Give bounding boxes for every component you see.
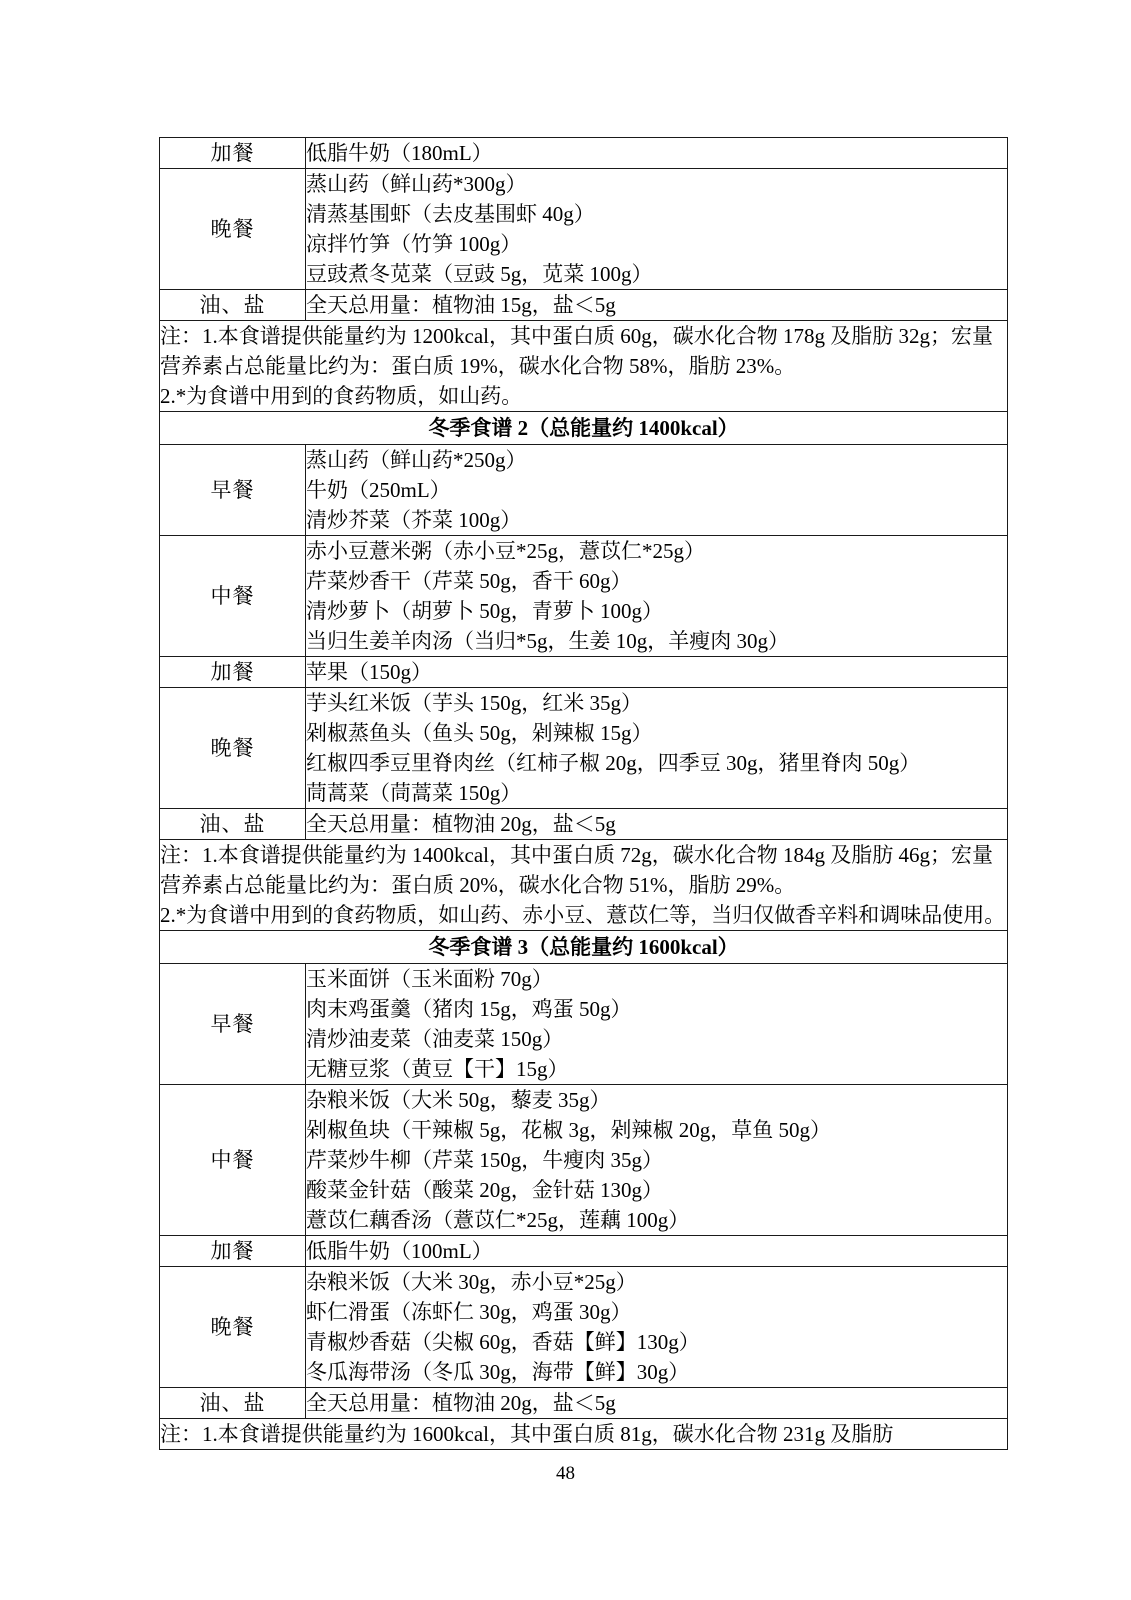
notes-row: 注：1.本食谱提供能量约为 1600kcal，其中蛋白质 81g，碳水化合物 2… [160,1419,1008,1450]
notes-row: 注：1.本食谱提供能量约为 1200kcal，其中蛋白质 60g，碳水化合物 1… [160,321,1008,412]
section-notes: 注：1.本食谱提供能量约为 1600kcal，其中蛋白质 81g，碳水化合物 2… [160,1419,1008,1450]
dish-item: 茼蒿菜（茼蒿菜 150g） [306,778,1007,808]
section-header: 冬季食谱 3（总能量约 1600kcal） [160,931,1008,964]
meal-items: 蒸山药（鲜山药*300g）清蒸基围虾（去皮基围虾 40g）凉拌竹笋（竹笋 100… [306,169,1008,290]
meal-label: 中餐 [160,536,306,657]
meal-items: 杂粮米饭（大米 30g，赤小豆*25g）虾仁滑蛋（冻虾仁 30g，鸡蛋 30g）… [306,1267,1008,1388]
meal-items: 全天总用量：植物油 20g，盐＜5g [306,1388,1008,1419]
section-header: 冬季食谱 2（总能量约 1400kcal） [160,412,1008,445]
section-notes: 注：1.本食谱提供能量约为 1200kcal，其中蛋白质 60g，碳水化合物 1… [160,321,1008,412]
section-notes: 注：1.本食谱提供能量约为 1400kcal，其中蛋白质 72g，碳水化合物 1… [160,840,1008,931]
dish-item: 凉拌竹笋（竹笋 100g） [306,229,1007,259]
meal-row: 加餐低脂牛奶（100mL） [160,1236,1008,1267]
dish-item: 豆豉煮冬苋菜（豆豉 5g，苋菜 100g） [306,259,1007,289]
document-page: 加餐低脂牛奶（180mL）晚餐蒸山药（鲜山药*300g）清蒸基围虾（去皮基围虾 … [0,0,1131,1600]
meal-row: 中餐赤小豆薏米粥（赤小豆*25g，薏苡仁*25g）芹菜炒香干（芹菜 50g，香干… [160,536,1008,657]
meal-items: 低脂牛奶（100mL） [306,1236,1008,1267]
dish-item: 清炒萝卜（胡萝卜 50g，青萝卜 100g） [306,596,1007,626]
dish-item: 当归生姜羊肉汤（当归*5g，生姜 10g，羊瘦肉 30g） [306,626,1007,656]
dish-item: 剁椒鱼块（干辣椒 5g，花椒 3g，剁辣椒 20g，草鱼 50g） [306,1115,1007,1145]
meal-label: 晚餐 [160,1267,306,1388]
meal-row: 油、盐全天总用量：植物油 20g，盐＜5g [160,1388,1008,1419]
meal-label: 早餐 [160,445,306,536]
meal-items: 全天总用量：植物油 15g，盐＜5g [306,290,1008,321]
meal-label: 油、盐 [160,809,306,840]
meal-row: 晚餐蒸山药（鲜山药*300g）清蒸基围虾（去皮基围虾 40g）凉拌竹笋（竹笋 1… [160,169,1008,290]
dish-item: 薏苡仁藕香汤（薏苡仁*25g，莲藕 100g） [306,1205,1007,1235]
dish-item: 红椒四季豆里脊肉丝（红柿子椒 20g，四季豆 30g，猪里脊肉 50g） [306,748,1007,778]
dish-item: 杂粮米饭（大米 30g，赤小豆*25g） [306,1267,1007,1297]
dish-item: 全天总用量：植物油 15g，盐＜5g [306,290,1007,320]
note-line: 注：1.本食谱提供能量约为 1200kcal，其中蛋白质 60g，碳水化合物 1… [160,321,1007,381]
dish-item: 清炒芥菜（芥菜 100g） [306,505,1007,535]
meal-items: 赤小豆薏米粥（赤小豆*25g，薏苡仁*25g）芹菜炒香干（芹菜 50g，香干 6… [306,536,1008,657]
dish-item: 牛奶（250mL） [306,475,1007,505]
meal-items: 全天总用量：植物油 20g，盐＜5g [306,809,1008,840]
dish-item: 玉米面饼（玉米面粉 70g） [306,964,1007,994]
meal-items: 苹果（150g） [306,657,1008,688]
dish-item: 无糖豆浆（黄豆【干】15g） [306,1054,1007,1084]
dish-item: 低脂牛奶（180mL） [306,138,1007,168]
meal-row: 晚餐杂粮米饭（大米 30g，赤小豆*25g）虾仁滑蛋（冻虾仁 30g，鸡蛋 30… [160,1267,1008,1388]
meal-items: 低脂牛奶（180mL） [306,138,1008,169]
recipe-table: 加餐低脂牛奶（180mL）晚餐蒸山药（鲜山药*300g）清蒸基围虾（去皮基围虾 … [159,137,1008,1450]
dish-item: 剁椒蒸鱼头（鱼头 50g，剁辣椒 15g） [306,718,1007,748]
dish-item: 芹菜炒香干（芹菜 50g，香干 60g） [306,566,1007,596]
dish-item: 肉末鸡蛋羹（猪肉 15g，鸡蛋 50g） [306,994,1007,1024]
meal-label: 加餐 [160,657,306,688]
dish-item: 清蒸基围虾（去皮基围虾 40g） [306,199,1007,229]
meal-row: 加餐苹果（150g） [160,657,1008,688]
dish-item: 芋头红米饭（芋头 150g，红米 35g） [306,688,1007,718]
dish-item: 苹果（150g） [306,657,1007,687]
dish-item: 蒸山药（鲜山药*250g） [306,445,1007,475]
meal-label: 早餐 [160,964,306,1085]
meal-label: 加餐 [160,1236,306,1267]
meal-label: 中餐 [160,1085,306,1236]
meal-items: 芋头红米饭（芋头 150g，红米 35g）剁椒蒸鱼头（鱼头 50g，剁辣椒 15… [306,688,1008,809]
dish-item: 芹菜炒牛柳（芹菜 150g，牛瘦肉 35g） [306,1145,1007,1175]
note-line: 注：1.本食谱提供能量约为 1600kcal，其中蛋白质 81g，碳水化合物 2… [160,1419,1007,1449]
notes-row: 注：1.本食谱提供能量约为 1400kcal，其中蛋白质 72g，碳水化合物 1… [160,840,1008,931]
note-line: 2.*为食谱中用到的食药物质，如山药、赤小豆、薏苡仁等，当归仅做香辛料和调味品使… [160,900,1007,930]
page-number: 48 [0,1462,1131,1486]
meal-row: 晚餐芋头红米饭（芋头 150g，红米 35g）剁椒蒸鱼头（鱼头 50g，剁辣椒 … [160,688,1008,809]
meal-row: 加餐低脂牛奶（180mL） [160,138,1008,169]
meal-row: 油、盐全天总用量：植物油 20g，盐＜5g [160,809,1008,840]
section-header-row: 冬季食谱 3（总能量约 1600kcal） [160,931,1008,964]
note-line: 2.*为食谱中用到的食药物质，如山药。 [160,381,1007,411]
meal-items: 蒸山药（鲜山药*250g）牛奶（250mL）清炒芥菜（芥菜 100g） [306,445,1008,536]
dish-item: 全天总用量：植物油 20g，盐＜5g [306,1388,1007,1418]
dish-item: 低脂牛奶（100mL） [306,1236,1007,1266]
meal-row: 中餐杂粮米饭（大米 50g，藜麦 35g）剁椒鱼块（干辣椒 5g，花椒 3g，剁… [160,1085,1008,1236]
dish-item: 蒸山药（鲜山药*300g） [306,169,1007,199]
dish-item: 赤小豆薏米粥（赤小豆*25g，薏苡仁*25g） [306,536,1007,566]
dish-item: 全天总用量：植物油 20g，盐＜5g [306,809,1007,839]
dish-item: 清炒油麦菜（油麦菜 150g） [306,1024,1007,1054]
section-header-row: 冬季食谱 2（总能量约 1400kcal） [160,412,1008,445]
meal-label: 油、盐 [160,1388,306,1419]
dish-item: 虾仁滑蛋（冻虾仁 30g，鸡蛋 30g） [306,1297,1007,1327]
meal-row: 早餐玉米面饼（玉米面粉 70g）肉末鸡蛋羹（猪肉 15g，鸡蛋 50g）清炒油麦… [160,964,1008,1085]
dish-item: 冬瓜海带汤（冬瓜 30g，海带【鲜】30g） [306,1357,1007,1387]
meal-row: 油、盐全天总用量：植物油 15g，盐＜5g [160,290,1008,321]
meal-items: 玉米面饼（玉米面粉 70g）肉末鸡蛋羹（猪肉 15g，鸡蛋 50g）清炒油麦菜（… [306,964,1008,1085]
dish-item: 青椒炒香菇（尖椒 60g，香菇【鲜】130g） [306,1327,1007,1357]
meal-label: 加餐 [160,138,306,169]
meal-label: 油、盐 [160,290,306,321]
meal-label: 晚餐 [160,169,306,290]
meal-label: 晚餐 [160,688,306,809]
dish-item: 酸菜金针菇（酸菜 20g，金针菇 130g） [306,1175,1007,1205]
meal-row: 早餐蒸山药（鲜山药*250g）牛奶（250mL）清炒芥菜（芥菜 100g） [160,445,1008,536]
dish-item: 杂粮米饭（大米 50g，藜麦 35g） [306,1085,1007,1115]
meal-items: 杂粮米饭（大米 50g，藜麦 35g）剁椒鱼块（干辣椒 5g，花椒 3g，剁辣椒… [306,1085,1008,1236]
note-line: 注：1.本食谱提供能量约为 1400kcal，其中蛋白质 72g，碳水化合物 1… [160,840,1007,900]
recipe-table-body: 加餐低脂牛奶（180mL）晚餐蒸山药（鲜山药*300g）清蒸基围虾（去皮基围虾 … [160,138,1008,1450]
